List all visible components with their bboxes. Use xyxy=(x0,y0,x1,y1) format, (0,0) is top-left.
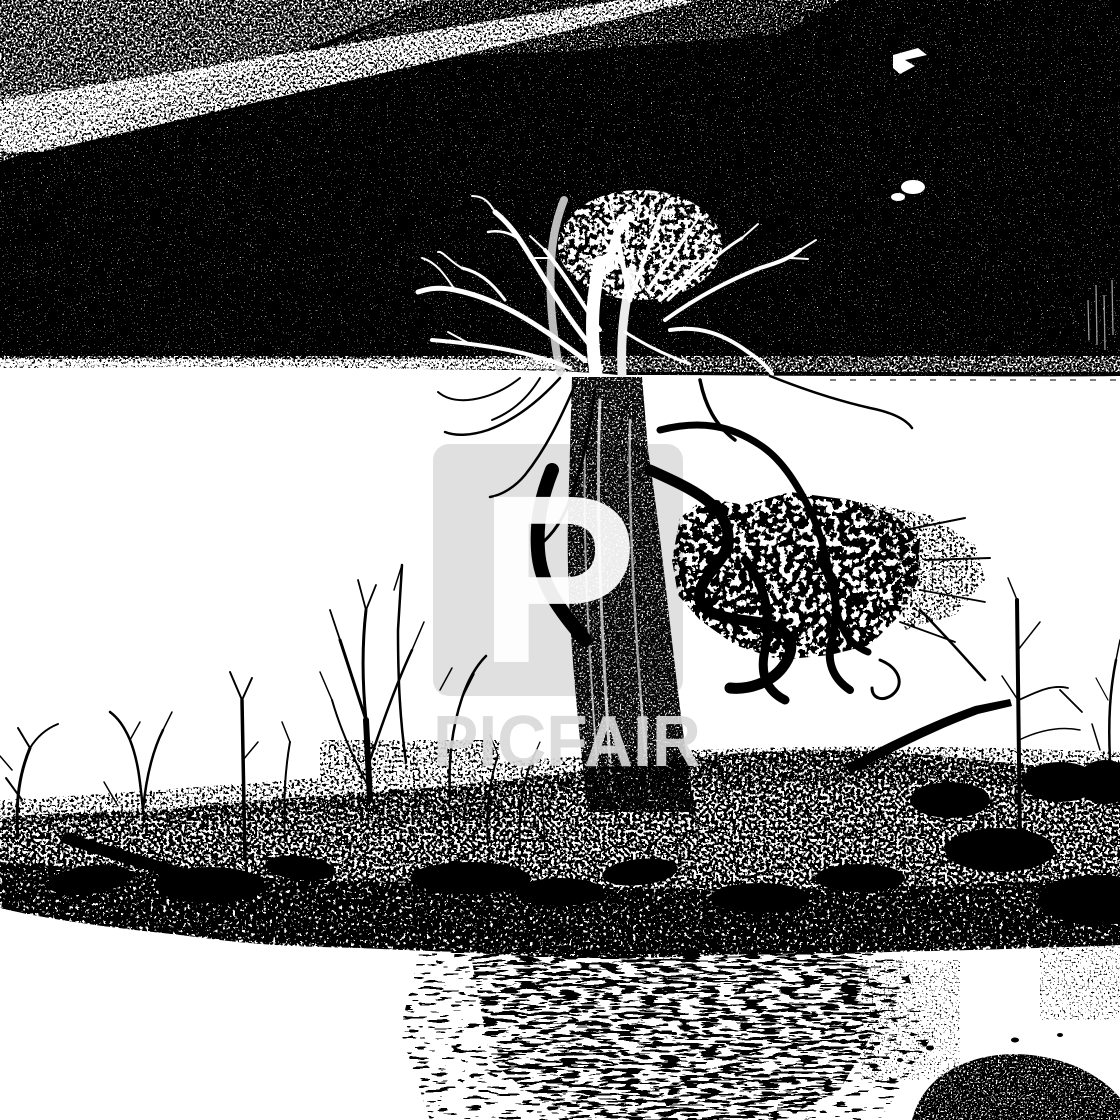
ripple-core xyxy=(470,950,880,1120)
photo-canvas: P PICFAIR xyxy=(0,0,1120,1120)
scene-svg: P PICFAIR xyxy=(0,0,1120,1120)
watermark-logo-letter: P xyxy=(478,445,638,713)
watermark: P PICFAIR xyxy=(433,444,701,782)
hillside xyxy=(0,0,1120,380)
watermark-text: PICFAIR xyxy=(433,702,701,782)
